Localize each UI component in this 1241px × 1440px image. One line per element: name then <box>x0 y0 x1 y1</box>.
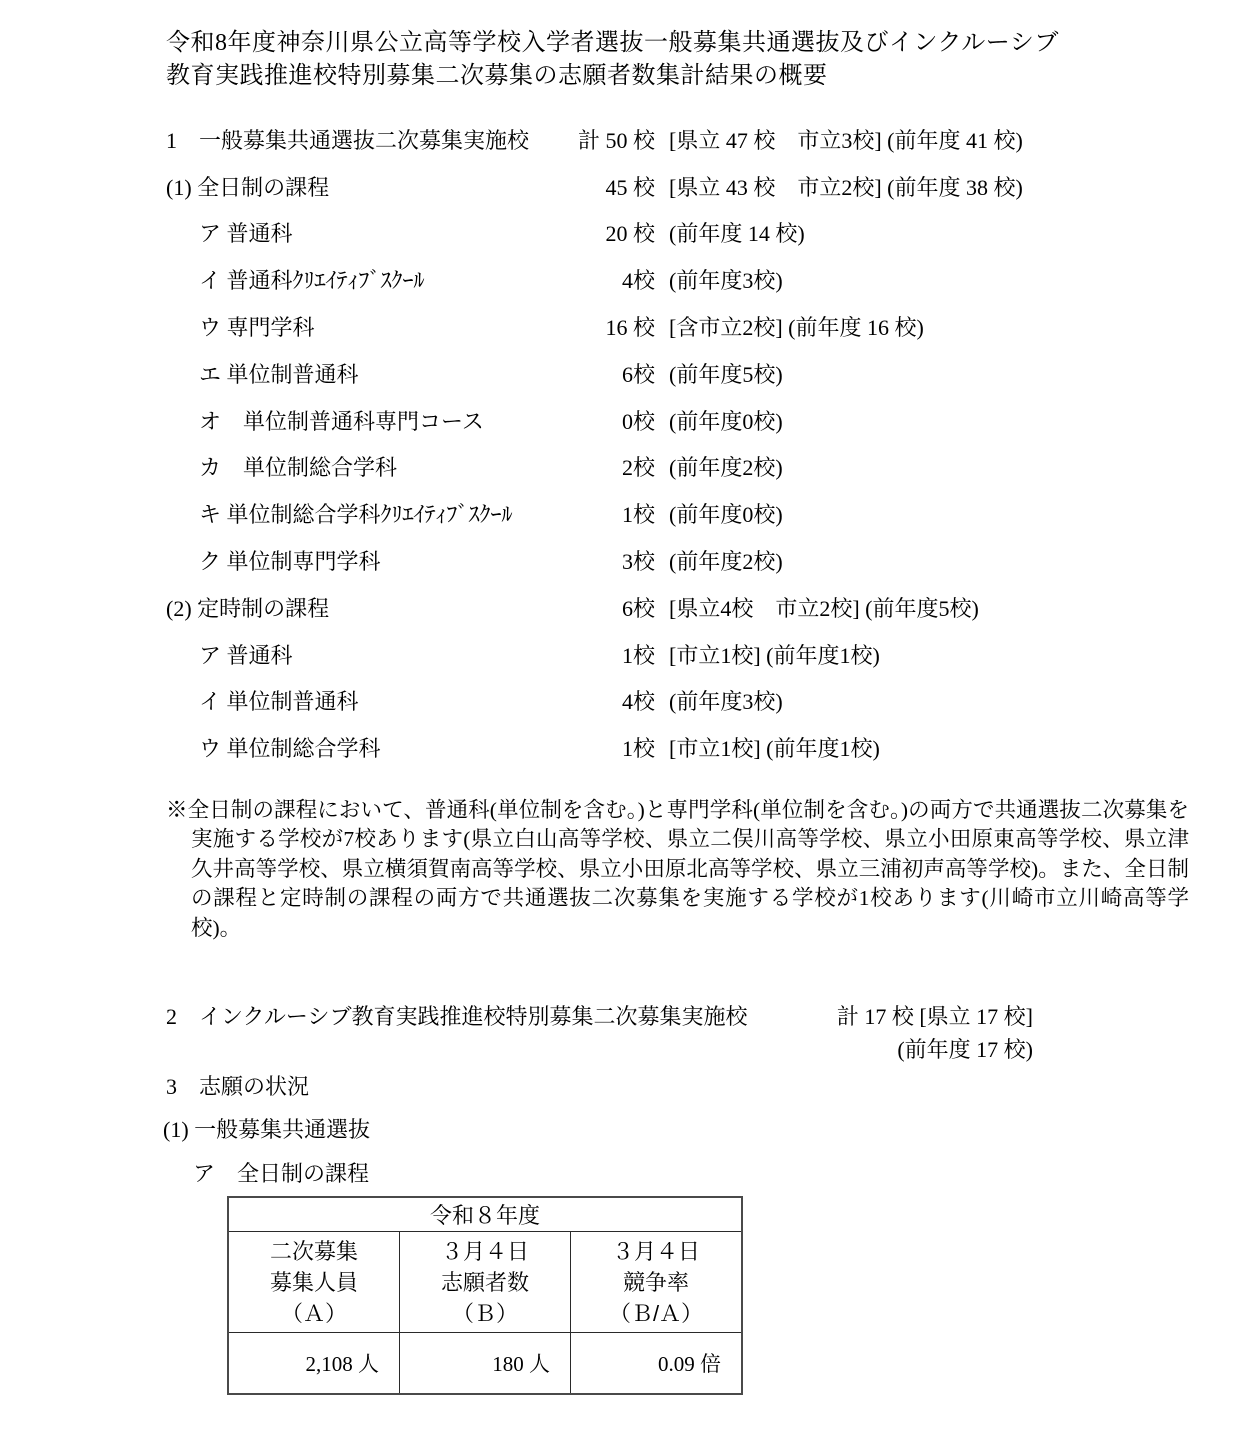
item-count: 計 50 校 <box>545 124 655 155</box>
item-detail: (前年度3校) <box>669 685 783 716</box>
item-detail: [県立 47 校 市立3校] (前年度 41 校) <box>669 124 1023 155</box>
item-detail: (前年度2校) <box>669 451 783 482</box>
list-item: ウ 専門学科16 校[含市立2校] (前年度 16 校) <box>166 303 1216 350</box>
item-detail: (前年度3校) <box>669 264 783 295</box>
section2-total: 計 17 校 [県立 17 校] <box>837 1000 1033 1033</box>
item-detail: [含市立2校] (前年度 16 校) <box>669 311 924 342</box>
table-value-applicants: 180 人 <box>400 1333 571 1395</box>
item-count: 2校 <box>545 451 655 482</box>
item-count: 4校 <box>545 685 655 716</box>
page-title-line2: 教育実践推進校特別募集二次募集の志願者数集計結果の概要 <box>166 60 1126 93</box>
table-col-header-applicants: ３月４日 志願者数 （Ｂ） <box>400 1232 571 1333</box>
table-col-header-capacity: 二次募集 募集人員 （Ａ） <box>228 1232 400 1333</box>
table-value-capacity: 2,108 人 <box>228 1333 400 1395</box>
item-detail: (前年度2校) <box>669 545 783 576</box>
item-count: 1校 <box>545 732 655 763</box>
table-year-header: 令和８年度 <box>228 1197 742 1232</box>
list-item: ウ 単位制総合学科1校[市立1校] (前年度1校) <box>166 724 1216 771</box>
item-detail: (前年度5校) <box>669 358 783 389</box>
section2: 2 インクルーシブ教育実践推進校特別募集二次募集実施校 計 17 校 [県立 1… <box>166 1000 1033 1070</box>
item-label: ウ 専門学科 <box>166 311 545 342</box>
list-item: ア 普通科20 校(前年度 14 校) <box>166 210 1216 257</box>
item-detail: [県立 43 校 市立2校] (前年度 38 校) <box>669 171 1023 202</box>
list-item: 1 一般募集共通選抜二次募集実施校計 50 校[県立 47 校 市立3校] (前… <box>166 116 1216 163</box>
item-detail: (前年度0校) <box>669 498 783 529</box>
list-item: ク 単位制専門学科3校(前年度2校) <box>166 537 1216 584</box>
item-count: 1校 <box>545 639 655 670</box>
item-label: ア 普通科 <box>166 639 545 670</box>
section2-heading: 2 インクルーシブ教育実践推進校特別募集二次募集実施校 <box>166 1000 747 1033</box>
item-label: ウ 単位制総合学科 <box>166 732 545 763</box>
item-label: (1) 全日制の課程 <box>166 171 545 202</box>
course-type-heading: ア 全日制の課程 <box>193 1157 369 1188</box>
item-detail: [市立1校] (前年度1校) <box>669 732 880 763</box>
section3-heading: 3 志願の状況 <box>166 1070 309 1101</box>
note-paragraph: ※全日制の課程において、普通科(単位制を含む。)と専門学科(単位制を含む。)の両… <box>166 796 1189 943</box>
item-detail: [市立1校] (前年度1校) <box>669 639 880 670</box>
item-label: 1 一般募集共通選抜二次募集実施校 <box>166 124 545 155</box>
list-item: (1) 全日制の課程45 校[県立 43 校 市立2校] (前年度 38 校) <box>166 163 1216 210</box>
item-count: 45 校 <box>545 171 655 202</box>
list-item: キ 単位制総合学科ｸﾘｴｲﾃｨﾌﾞｽｸｰﾙ1校(前年度0校) <box>166 490 1216 537</box>
section1-outline: 1 一般募集共通選抜二次募集実施校計 50 校[県立 47 校 市立3校] (前… <box>166 116 1216 771</box>
section3-sub-heading: (1) 一般募集共通選抜 <box>163 1113 370 1144</box>
applicants-table: 令和８年度 二次募集 募集人員 （Ａ） ３月４日 志願者数 （Ｂ） ３月４日 競… <box>227 1196 743 1395</box>
item-count: 0校 <box>545 405 655 436</box>
table-col-header-ratio: ３月４日 競争率 （Ｂ/Ａ） <box>571 1232 743 1333</box>
item-count: 20 校 <box>545 217 655 248</box>
item-label: (2) 定時制の課程 <box>166 592 545 623</box>
list-item: エ 単位制普通科6校(前年度5校) <box>166 350 1216 397</box>
item-detail: (前年度0校) <box>669 405 783 436</box>
item-label: ア 普通科 <box>166 217 545 248</box>
item-label: キ 単位制総合学科ｸﾘｴｲﾃｨﾌﾞｽｸｰﾙ <box>166 498 545 529</box>
list-item: オ 単位制普通科専門コース0校(前年度0校) <box>166 397 1216 444</box>
item-label: イ 単位制普通科 <box>166 685 545 716</box>
list-item: ア 普通科1校[市立1校] (前年度1校) <box>166 631 1216 678</box>
item-count: 6校 <box>545 358 655 389</box>
item-detail: [県立4校 市立2校] (前年度5校) <box>669 592 979 623</box>
item-label: オ 単位制普通科専門コース <box>166 405 545 436</box>
item-label: カ 単位制総合学科 <box>166 451 545 482</box>
document-page: { "page": { "background": "#ffffff", "te… <box>0 0 1241 1440</box>
item-count: 3校 <box>545 545 655 576</box>
item-count: 4校 <box>545 264 655 295</box>
page-title-line1: 令和8年度神奈川県公立高等学校入学者選抜一般募集共通選抜及びインクルーシブ <box>166 27 1126 60</box>
item-label: エ 単位制普通科 <box>166 358 545 389</box>
item-count: 16 校 <box>545 311 655 342</box>
item-label: イ 普通科ｸﾘｴｲﾃｨﾌﾞｽｸｰﾙ <box>166 264 545 295</box>
list-item: カ 単位制総合学科2校(前年度2校) <box>166 444 1216 491</box>
section2-totals: 計 17 校 [県立 17 校] (前年度 17 校) <box>837 1000 1033 1066</box>
list-item: イ 単位制普通科4校(前年度3校) <box>166 678 1216 725</box>
list-item: イ 普通科ｸﾘｴｲﾃｨﾌﾞｽｸｰﾙ4校(前年度3校) <box>166 256 1216 303</box>
list-item: (2) 定時制の課程6校[県立4校 市立2校] (前年度5校) <box>166 584 1216 631</box>
item-count: 6校 <box>545 592 655 623</box>
item-detail: (前年度 14 校) <box>669 217 805 248</box>
item-count: 1校 <box>545 498 655 529</box>
item-label: ク 単位制専門学科 <box>166 545 545 576</box>
section2-prev-year: (前年度 17 校) <box>837 1033 1033 1066</box>
table-value-ratio: 0.09 倍 <box>571 1333 743 1395</box>
page-title: 令和8年度神奈川県公立高等学校入学者選抜一般募集共通選抜及びインクルーシブ 教育… <box>166 27 1126 93</box>
